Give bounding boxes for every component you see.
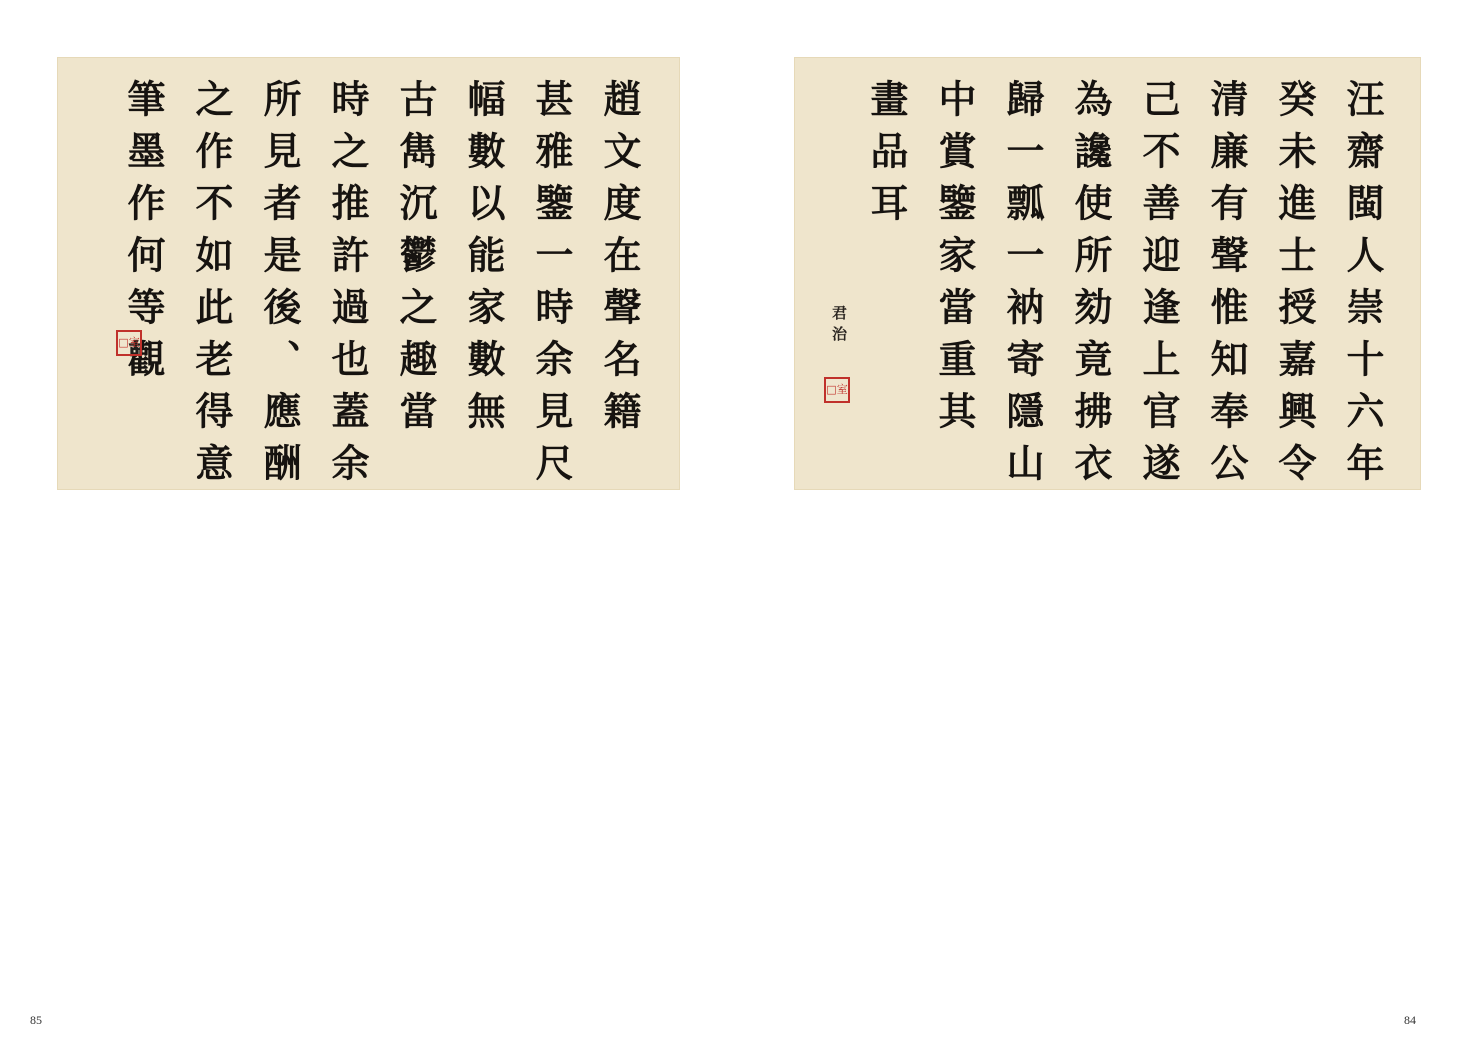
calligraphy-column: 之作不如此老得意 (162, 79, 230, 480)
calligraphy-column: 時之推許過也蓋余 (298, 79, 366, 480)
calligraphy-column: 癸未進士授嘉興令 (1245, 79, 1313, 480)
calligraphy-column: 清廉有聲惟知奉公 (1177, 79, 1245, 480)
calligraphy-column: 所見者是後、應酬 (230, 79, 298, 480)
left-page: 趙文度在聲名籍 甚雅鑒一時余見尺 幅數以能家數無 古雋沉鬱之趣當 時之推許過也蓋… (0, 0, 737, 1049)
calligraphy-column: 古雋沉鬱之趣當 (366, 79, 434, 480)
calligraphy-columns-right: 汪齋閩人崇十六年 癸未進士授嘉興令 清廉有聲惟知奉公 己不善迎逢上官遂 為讒使所… (814, 79, 1381, 480)
artist-signature: 君治 (829, 305, 850, 347)
page-number-left: 85 (30, 1013, 42, 1028)
calligraphy-panel-right: 汪齋閩人崇十六年 癸未進士授嘉興令 清廉有聲惟知奉公 己不善迎逢上官遂 為讒使所… (794, 57, 1421, 490)
calligraphy-column: 甚雅鑒一時余見尺 (502, 79, 570, 480)
calligraphy-column: 筆墨作何等觀 (94, 79, 162, 480)
calligraphy-panel-left: 趙文度在聲名籍 甚雅鑒一時余見尺 幅數以能家數無 古雋沉鬱之趣當 時之推許過也蓋… (57, 57, 680, 490)
calligraphy-column: 己不善迎逢上官遂 (1109, 79, 1177, 480)
calligraphy-column: 中賞鑒家當重其 (905, 79, 973, 480)
calligraphy-column: 汪齋閩人崇十六年 (1313, 79, 1381, 480)
calligraphy-column: 歸一瓢一衲寄隱山 (973, 79, 1041, 480)
calligraphy-column: 為讒使所劾竟拂衣 (1041, 79, 1109, 480)
calligraphy-columns-left: 趙文度在聲名籍 甚雅鑒一時余見尺 幅數以能家數無 古雋沉鬱之趣當 時之推許過也蓋… (81, 79, 638, 480)
red-seal-stamp: □室 (116, 330, 142, 356)
red-seal-stamp: □室 (824, 377, 850, 403)
calligraphy-column: 畫品耳 (837, 79, 905, 480)
page-number-right: 84 (1404, 1013, 1416, 1028)
calligraphy-column: 趙文度在聲名籍 (570, 79, 638, 480)
right-page: 汪齋閩人崇十六年 癸未進士授嘉興令 清廉有聲惟知奉公 己不善迎逢上官遂 為讒使所… (737, 0, 1474, 1049)
calligraphy-column: 幅數以能家數無 (434, 79, 502, 480)
